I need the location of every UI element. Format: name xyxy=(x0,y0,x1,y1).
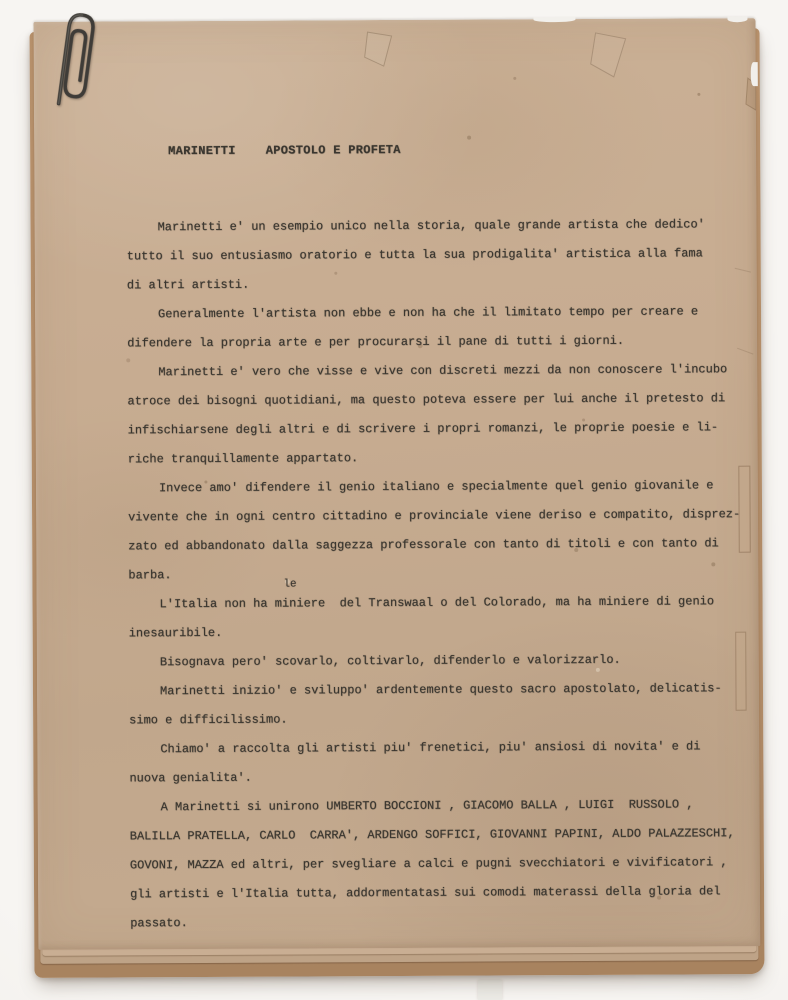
text-line: Bisognava pero' scovarlo, coltivarlo, di… xyxy=(129,645,753,677)
text-lines-container: Marinetti e' un esempio unico nella stor… xyxy=(126,210,754,938)
text-line: A Marinetti si unirono UMBERTO BOCCIONI … xyxy=(130,790,754,822)
text-line: zato ed abbandonato dalla saggezza profe… xyxy=(128,529,752,561)
text-line: gli artisti e l'Italia tutta, addormenta… xyxy=(130,877,754,909)
typewritten-page: MARINETTI APOSTOLO E PROFETA le Marinett… xyxy=(33,18,760,950)
text-line: Generalmente l'artista non ebbe e non ha… xyxy=(127,297,751,329)
text-line: Marinetti inizio' e sviluppo' ardentemen… xyxy=(129,674,753,706)
text-line: Chiamo' a raccolta gli artisti piu' fren… xyxy=(129,732,753,764)
document-stack: MARINETTI APOSTOLO E PROFETA le Marinett… xyxy=(0,0,788,1000)
text-line: Marinetti e' un esempio unico nella stor… xyxy=(126,210,750,242)
text-line: passato. xyxy=(130,906,754,938)
text-line: L'Italia non ha miniere del Transwaal o … xyxy=(128,587,752,619)
text-line: Marinetti e' vero che visse e vive con d… xyxy=(127,355,751,387)
crease-mark xyxy=(591,33,626,77)
text-line: BALILLA PRATELLA, CARLO CARRA', ARDENGO … xyxy=(130,819,754,851)
text-line: vivente che in ogni centro cittadino e p… xyxy=(128,500,752,532)
right-edge-chip xyxy=(751,62,758,86)
interline-insertion: le xyxy=(283,579,296,591)
text-line: simo e difficilissimo. xyxy=(129,703,753,735)
text-line: atroce dei bisogni quotidiani, ma questo… xyxy=(127,384,751,416)
text-line: difendere la propria arte e per procurar… xyxy=(127,326,751,358)
text-line: nuova genialita'. xyxy=(129,761,753,793)
text-line: GOVONI, MAZZA ed altri, per svegliare a … xyxy=(130,848,754,880)
text-line: infischiarsene degli altri e di scrivere… xyxy=(128,413,752,445)
text-line: tutto il suo entusiasmo oratorio e tutta… xyxy=(127,239,751,271)
scan-background: { "colors": { "background": "#f3f1ed", "… xyxy=(0,0,788,1000)
text-line: Invece amo' difendere il genio italiano … xyxy=(128,471,752,503)
text-line: di altri artisti. xyxy=(127,268,751,300)
document-title: MARINETTI APOSTOLO E PROFETA xyxy=(168,140,401,161)
text-line: barba. xyxy=(128,558,752,590)
crease-mark xyxy=(365,32,392,66)
text-line: inesauribile. xyxy=(129,616,753,648)
document-body: le Marinetti e' un esempio unico nella s… xyxy=(126,210,754,938)
text-line: riche tranquillamente appartato. xyxy=(128,442,752,474)
